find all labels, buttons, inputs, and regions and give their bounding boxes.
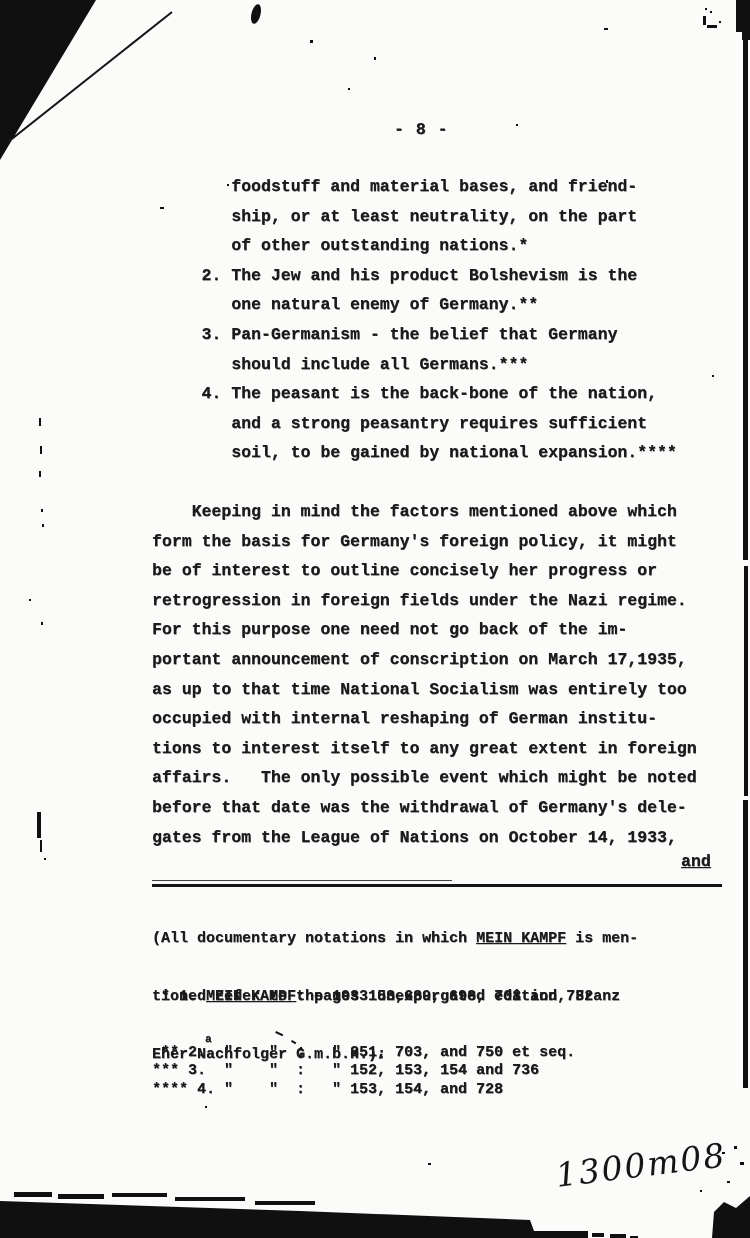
top-right-smudge: [703, 8, 721, 28]
text-line: of other outstanding nations.*: [152, 231, 677, 261]
footnote-intro-title: MEIN KAMPF: [476, 930, 566, 947]
text-line: as up to that time National Socialism wa…: [152, 675, 697, 705]
text-line: before that date was the withdrawal of G…: [152, 793, 697, 823]
text-line: ship, or at least neutrality, on the par…: [152, 202, 677, 232]
corner-fold-mark: [0, 0, 96, 160]
text-line: ** 2. " " : " 351, 703, and 750 et seq.: [152, 1044, 593, 1063]
text-line: soil, to be gained by national expansion…: [152, 438, 677, 468]
text-line: one natural enemy of Germany.**: [152, 290, 677, 320]
footnote-item-1-title: MEIN KAMPF: [206, 988, 296, 1005]
handwritten-annotation: 1300m08: [554, 1135, 729, 1195]
footnote-intro-pre: (All documentary notations in which: [152, 930, 476, 947]
body-paragraph-block: Keeping in mind the factors mentioned ab…: [152, 497, 697, 852]
footnote-item-1-marker: * 1.: [152, 988, 206, 1005]
scanner-edge-right: [712, 0, 750, 1183]
footnote-item-1: * 1. MEIN KAMPF: pages 153,689, 698, 708…: [152, 988, 593, 1007]
text-line: form the basis for Germany's foreign pol…: [152, 527, 697, 557]
text-line: Keeping in mind the factors mentioned ab…: [152, 497, 697, 527]
text-line: 4. The peasant is the back-bone of the n…: [152, 379, 677, 409]
diagonal-scratch: [8, 12, 172, 142]
ink-blot: [249, 3, 263, 25]
text-line: occupied with internal reshaping of Germ…: [152, 704, 697, 734]
text-line: retrogression in foreign fields under th…: [152, 586, 697, 616]
text-line: gates from the League of Nations on Octo…: [152, 823, 697, 853]
text-line: tions to interest itself to any great ex…: [152, 734, 697, 764]
text-line: *** 3. " " : " 152, 153, 154 and 736: [152, 1062, 593, 1081]
stray-mark: a: [205, 1034, 212, 1046]
margin-squiggle: [37, 812, 41, 838]
text-line: For this purpose one need not go back of…: [152, 615, 697, 645]
text-line: should include all Germans.***: [152, 350, 677, 380]
text-line: be of interest to outline concisely her …: [152, 556, 697, 586]
catchword-and: and: [681, 852, 711, 871]
scanned-document-page: { "document": { "page_number": "- 8 -", …: [0, 0, 750, 1238]
text-line: portant announcement of conscription on …: [152, 645, 697, 675]
footnote-items-rest: ** 2. " " : " 351, 703, and 750 et seq.*…: [152, 1044, 593, 1100]
numbered-list-block: foodstuff and material bases, and friend…: [152, 172, 677, 468]
footnote-intro-line1: (All documentary notations in which MEIN…: [152, 929, 638, 948]
text-line: 3. Pan-Germanism - the belief that Germa…: [152, 320, 677, 350]
text-line: affairs. The only possible event which m…: [152, 763, 697, 793]
text-line: foodstuff and material bases, and friend…: [152, 172, 677, 202]
footnote-item-1-pages: : pages 153,689, 698, 708 and 732: [296, 988, 593, 1005]
footnote-rule: [152, 884, 722, 887]
page-number: - 8 -: [394, 120, 449, 139]
text-line: 2. The Jew and his product Bolshevism is…: [152, 261, 677, 291]
footnote-items: * 1. MEIN KAMPF: pages 153,689, 698, 708…: [152, 951, 593, 1118]
footnote-intro-post: is men-: [566, 930, 638, 947]
corner-blob: [712, 1196, 750, 1238]
text-line: and a strong peasantry requires sufficie…: [152, 409, 677, 439]
scanner-edge-bottom: [0, 1192, 638, 1238]
footnote-rule-thin: [152, 880, 452, 881]
text-line: **** 4. " " : " 153, 154, and 728: [152, 1081, 593, 1100]
